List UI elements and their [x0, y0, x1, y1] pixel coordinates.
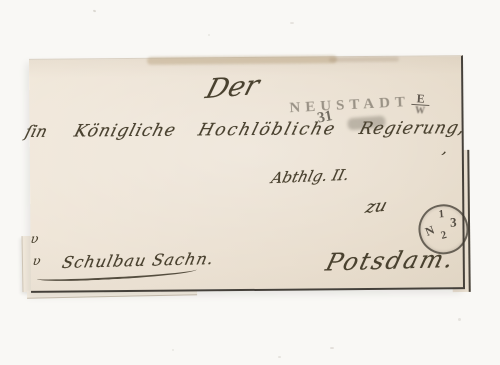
address-word: Regierung,	[357, 118, 468, 139]
margin-mark: ʋ	[32, 253, 42, 269]
dust-speck	[458, 318, 461, 321]
dust-speck	[208, 34, 210, 36]
rate-mark: E W	[411, 92, 430, 117]
fold-stain	[329, 57, 399, 63]
preposition-zu: zu	[363, 196, 389, 218]
dust-speck	[330, 347, 334, 349]
arrival-postmark-digit: 3	[450, 214, 457, 230]
town-postmark: NEUSTADT	[289, 94, 410, 117]
address-word: Hochlöbliche	[195, 119, 338, 140]
department-line: Abthlg. II.	[269, 166, 351, 187]
dust-speck	[93, 10, 97, 13]
address-line: ſin Königliche Hochlöbliche Regierung,	[26, 118, 466, 142]
dust-speck	[172, 349, 174, 351]
dust-speck	[278, 356, 281, 358]
arrival-postmark-letter: N	[423, 223, 437, 240]
rate-mark-top: E	[411, 92, 430, 106]
margin-mark: ʋ	[29, 231, 39, 247]
letter-sheet: Der NEUSTADT 31 E W ʼ ſin Königliche Hoc…	[29, 55, 465, 293]
fold-stain	[147, 55, 337, 65]
arrival-postmark-digit: 2	[440, 229, 448, 242]
address-word: Königliche	[72, 121, 179, 142]
salutation-handwriting: Der	[202, 70, 262, 105]
dust-speck	[290, 22, 294, 24]
address-partial-word: ſin	[23, 122, 50, 141]
photo-of-postal-cover: { "scene": { "background_color": "#f9f8f…	[0, 0, 500, 365]
destination-handwriting: Potsdam.	[323, 245, 459, 276]
rate-mark-bottom: W	[411, 105, 430, 117]
ink-flourish: ʼ	[433, 148, 448, 168]
arrival-postmark-digit: 1	[438, 208, 444, 220]
